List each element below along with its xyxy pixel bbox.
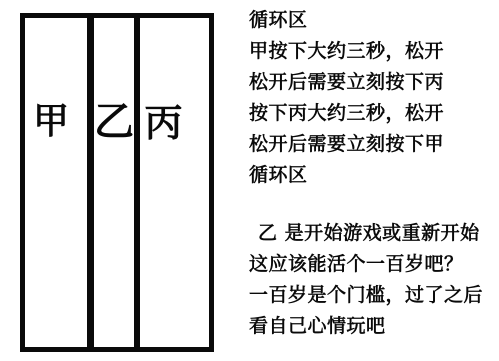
note-line-1: 乙 是开始游戏或重新开始 [249,218,483,249]
loop-line-3: 松开后需要立刻按下丙 [249,67,483,98]
guide-image: 甲 乙 丙 循环区 甲按下大约三秒，松开 松开后需要立刻按下丙 按下丙大约三秒，… [0,0,499,361]
note-line-3: 一百岁是个门槛，过了之后 [249,280,483,311]
notes-block: 乙 是开始游戏或重新开始 这应该能活个一百岁吧？ 一百岁是个门槛，过了之后 看自… [249,218,483,342]
panel-bing-label: 丙 [144,104,182,142]
note-line-2: 这应该能活个一百岁吧？ [249,249,483,280]
three-button-diagram: 甲 乙 丙 [20,13,214,352]
panel-jia: 甲 [25,18,87,347]
loop-line-5: 松开后需要立刻按下甲 [249,129,483,160]
panel-jia-label: 甲 [33,104,69,140]
instruction-text: 循环区 甲按下大约三秒，松开 松开后需要立刻按下丙 按下丙大约三秒，松开 松开后… [249,5,483,342]
panel-bing: 丙 [140,18,209,347]
loop-line-4: 按下丙大约三秒，松开 [249,98,483,129]
loop-line-6: 循环区 [249,160,483,191]
note-line-4: 看自己心情玩吧 [249,311,483,342]
panel-yi: 乙 [94,18,134,347]
loop-line-1: 循环区 [249,5,483,36]
panel-yi-label: 乙 [94,102,134,142]
loop-line-2: 甲按下大约三秒，松开 [249,36,483,67]
panel-divider-left [87,18,94,347]
